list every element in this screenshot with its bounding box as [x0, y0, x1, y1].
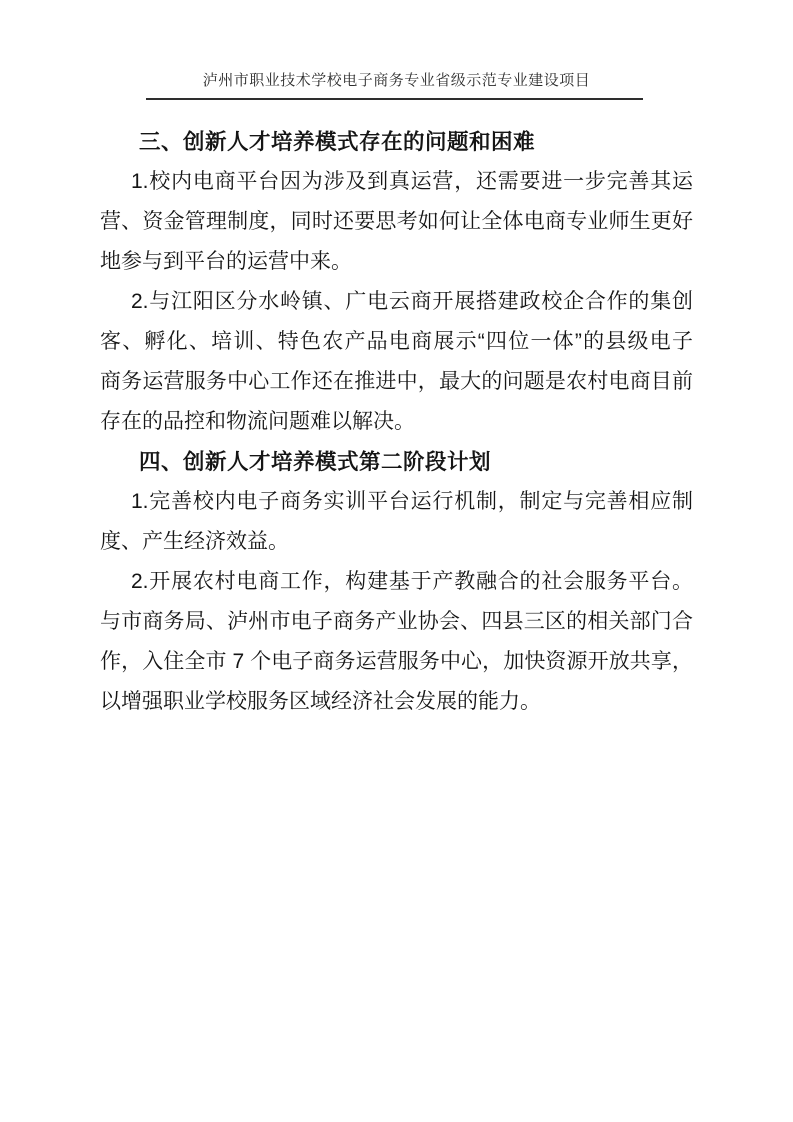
text-line: 与市商务局、泸州市电子商务产业协会、四县三区的相关部门合 — [100, 602, 693, 642]
header-rule — [146, 98, 643, 100]
text-line: 客、孵化、培训、特色农产品电商展示“四位一体”的县级电子 — [100, 322, 693, 362]
text-line: 2.开展农村电商工作，构建基于产教融合的社会服务平台。 — [100, 562, 693, 602]
text-line: 度、产生经济效益。 — [100, 522, 693, 562]
text-line: 地参与到平台的运营中来。 — [100, 242, 693, 282]
text-line: 2.与江阳区分水岭镇、广电云商开展搭建政校企合作的集创 — [100, 282, 693, 322]
document-page: 泸州市职业技术学校电子商务专业省级示范专业建设项目 三、创新人才培养模式存在的问… — [0, 0, 793, 1122]
text-line: 作，入住全市 7 个电子商务运营服务中心，加快资源开放共享， — [100, 642, 693, 682]
paragraph: 1.完善校内电子商务实训平台运行机制，制定与完善相应制度、产生经济效益。 — [100, 482, 693, 562]
document-body: 三、创新人才培养模式存在的问题和困难1.校内电商平台因为涉及到真运营，还需要进一… — [100, 122, 693, 722]
page-header-title: 泸州市职业技术学校电子商务专业省级示范专业建设项目 — [0, 71, 793, 91]
section-heading: 四、创新人才培养模式第二阶段计划 — [100, 442, 693, 482]
text-line: 营、资金管理制度，同时还要思考如何让全体电商专业师生更好 — [100, 202, 693, 242]
text-line: 三、创新人才培养模式存在的问题和困难 — [100, 122, 693, 162]
text-line: 1.完善校内电子商务实训平台运行机制，制定与完善相应制 — [100, 482, 693, 522]
text-line: 四、创新人才培养模式第二阶段计划 — [100, 442, 693, 482]
text-line: 商务运营服务中心工作还在推进中，最大的问题是农村电商目前 — [100, 362, 693, 402]
paragraph: 2.开展农村电商工作，构建基于产教融合的社会服务平台。与市商务局、泸州市电子商务… — [100, 562, 693, 722]
paragraph: 2.与江阳区分水岭镇、广电云商开展搭建政校企合作的集创客、孵化、培训、特色农产品… — [100, 282, 693, 442]
text-line: 1.校内电商平台因为涉及到真运营，还需要进一步完善其运 — [100, 162, 693, 202]
text-line: 存在的品控和物流问题难以解决。 — [100, 402, 693, 442]
text-line: 以增强职业学校服务区域经济社会发展的能力。 — [100, 682, 693, 722]
paragraph: 1.校内电商平台因为涉及到真运营，还需要进一步完善其运营、资金管理制度，同时还要… — [100, 162, 693, 282]
section-heading: 三、创新人才培养模式存在的问题和困难 — [100, 122, 693, 162]
